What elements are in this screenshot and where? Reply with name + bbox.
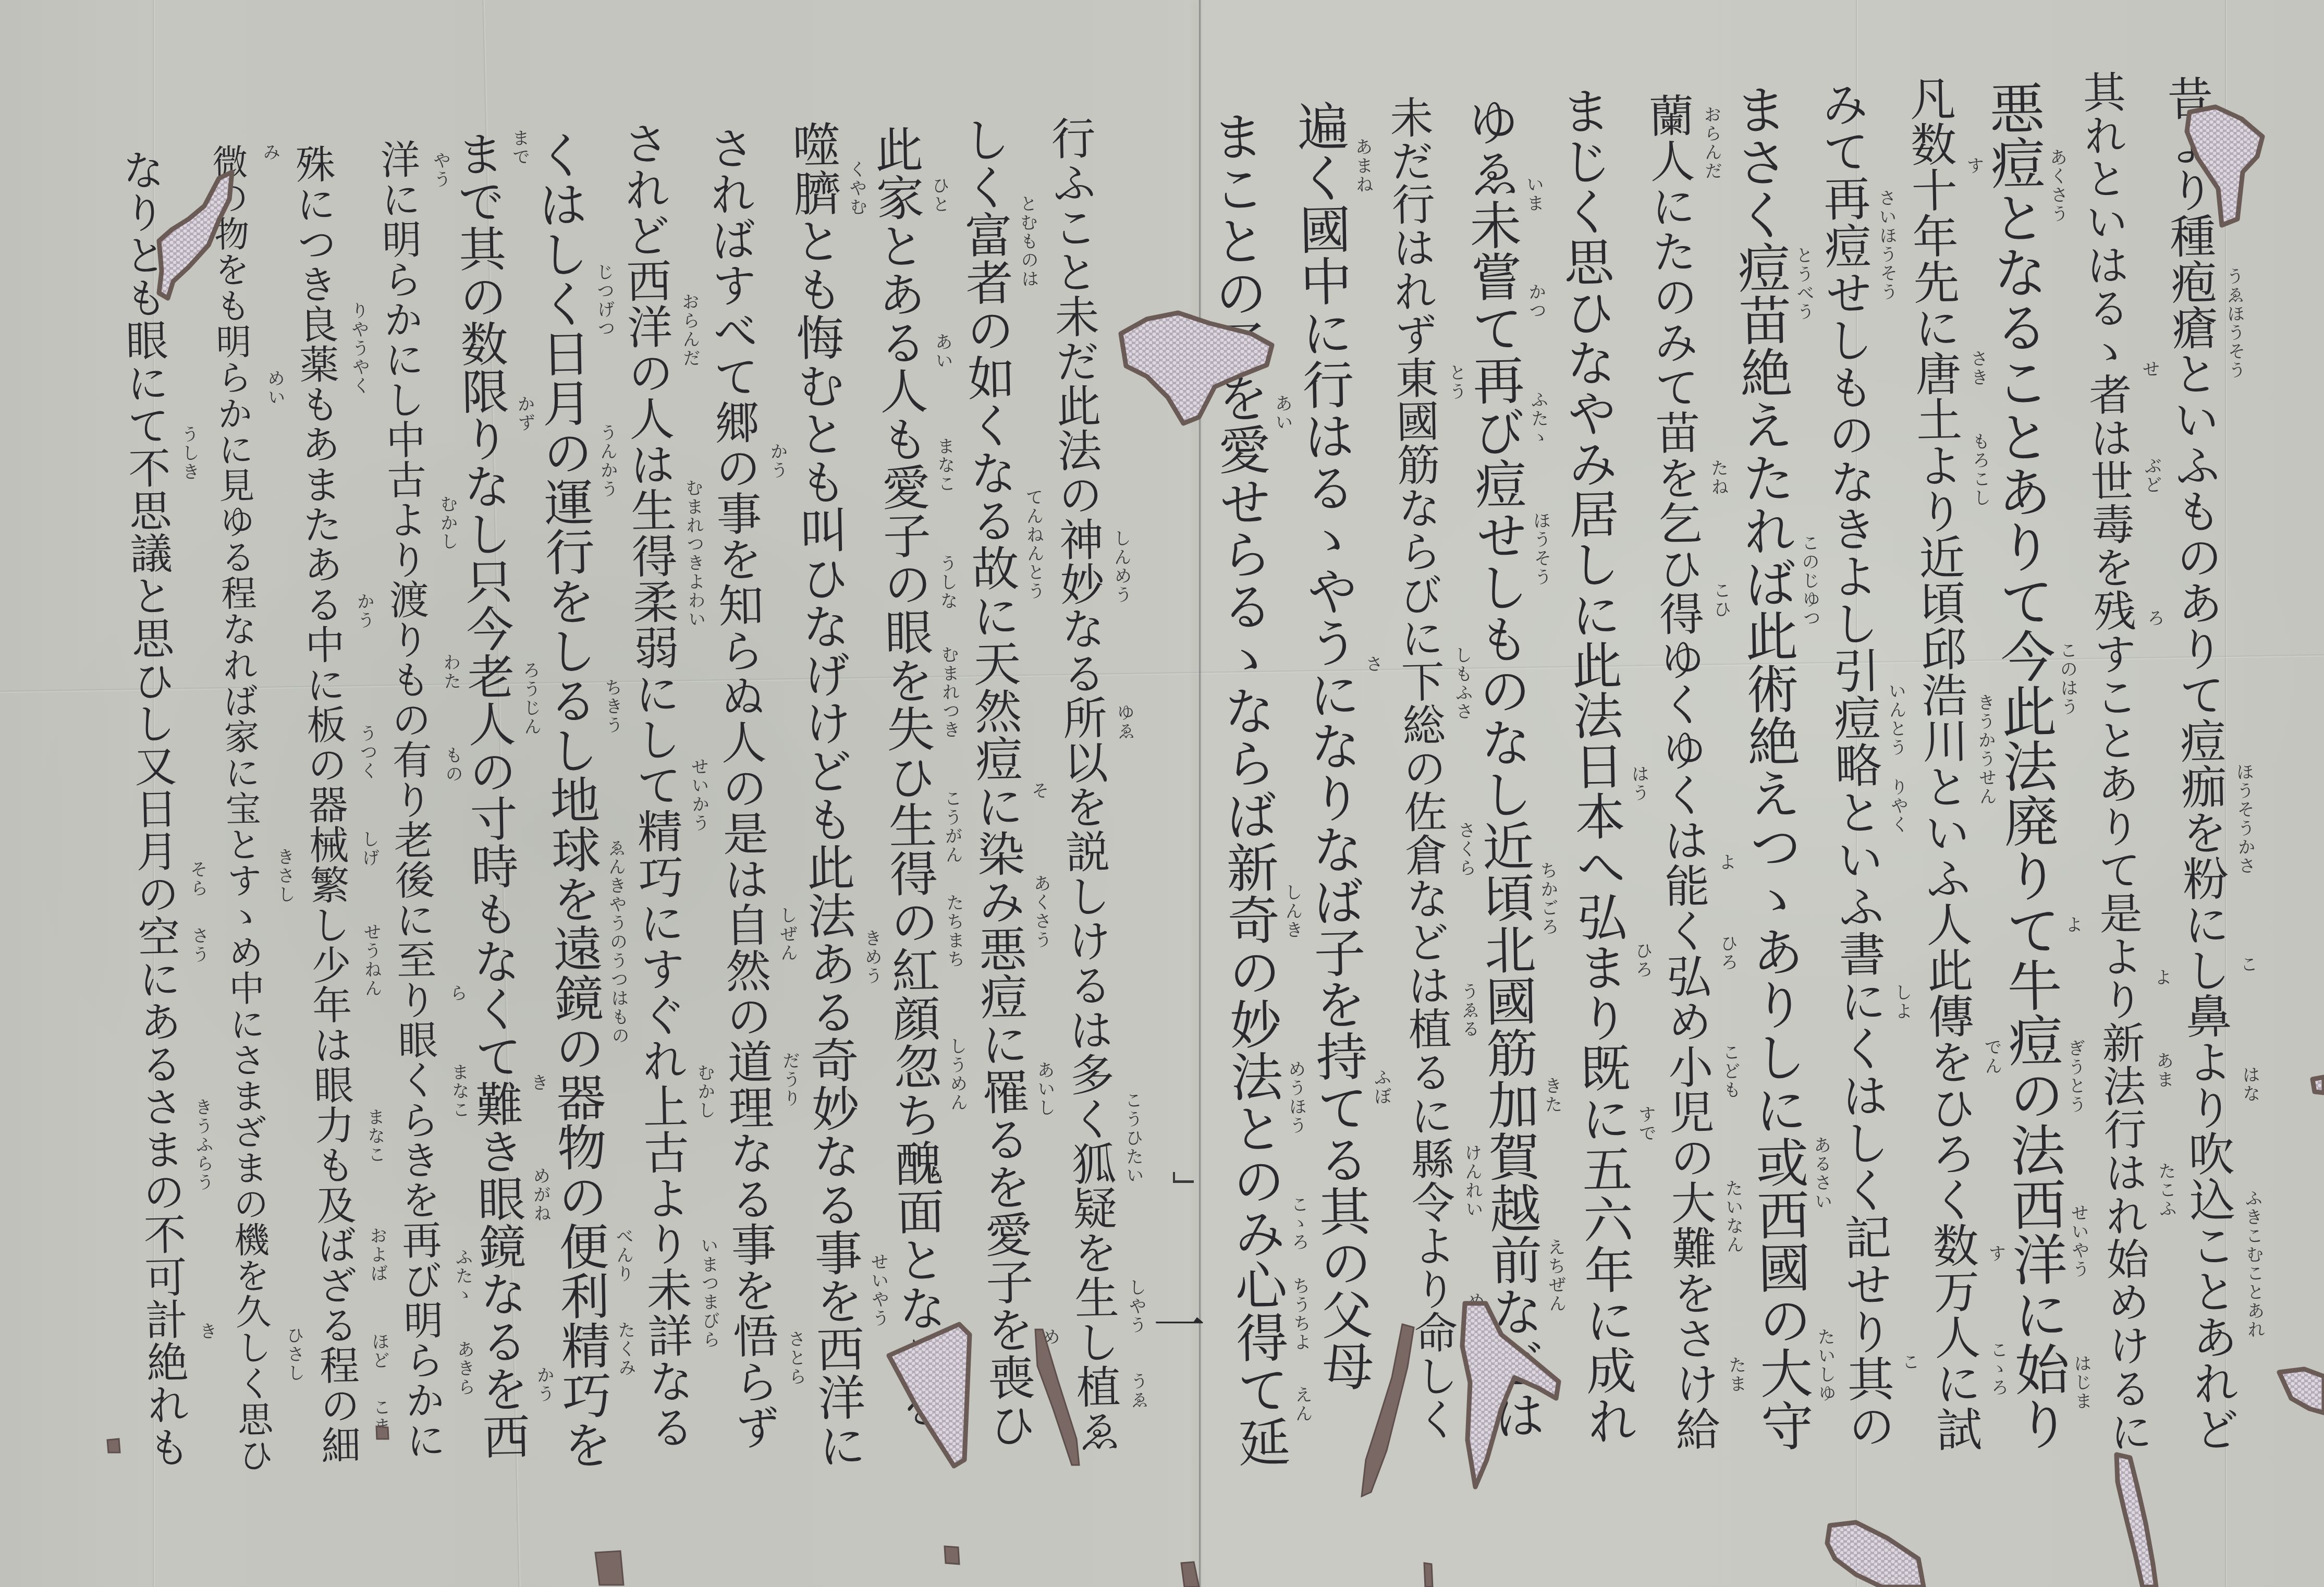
paper-damage-hole: [1121, 313, 1272, 423]
paper-damage-hole: [2279, 1369, 2324, 1413]
paper-damage-hole: [1462, 1303, 1559, 1487]
paper-damage-layer: [0, 0, 2324, 1587]
paper-damage-hole: [2187, 107, 2262, 225]
paper-crack: [1035, 1329, 1079, 1465]
paper-damage-hole: [1827, 1522, 1924, 1587]
paper-damage-hole: [2117, 1455, 2156, 1587]
paper-stain: [376, 1426, 388, 1439]
paper-stain: [945, 1546, 959, 1564]
paper-stain: [1181, 1562, 1199, 1587]
paper-stain: [595, 1551, 623, 1585]
paper-damage-hole: [2313, 1077, 2324, 1093]
document-photo: 昔より種疱瘡といふものありて痘痂を粉にし鼻より吹込ことあれど うゑほうそう ほう…: [0, 0, 2324, 1587]
paper-damage-hole: [889, 1324, 970, 1466]
paper-crack: [1362, 1324, 1414, 1496]
paper-stain: [1424, 1563, 1433, 1587]
paper-damage-hole: [159, 172, 232, 298]
paper-stain: [107, 1439, 120, 1452]
